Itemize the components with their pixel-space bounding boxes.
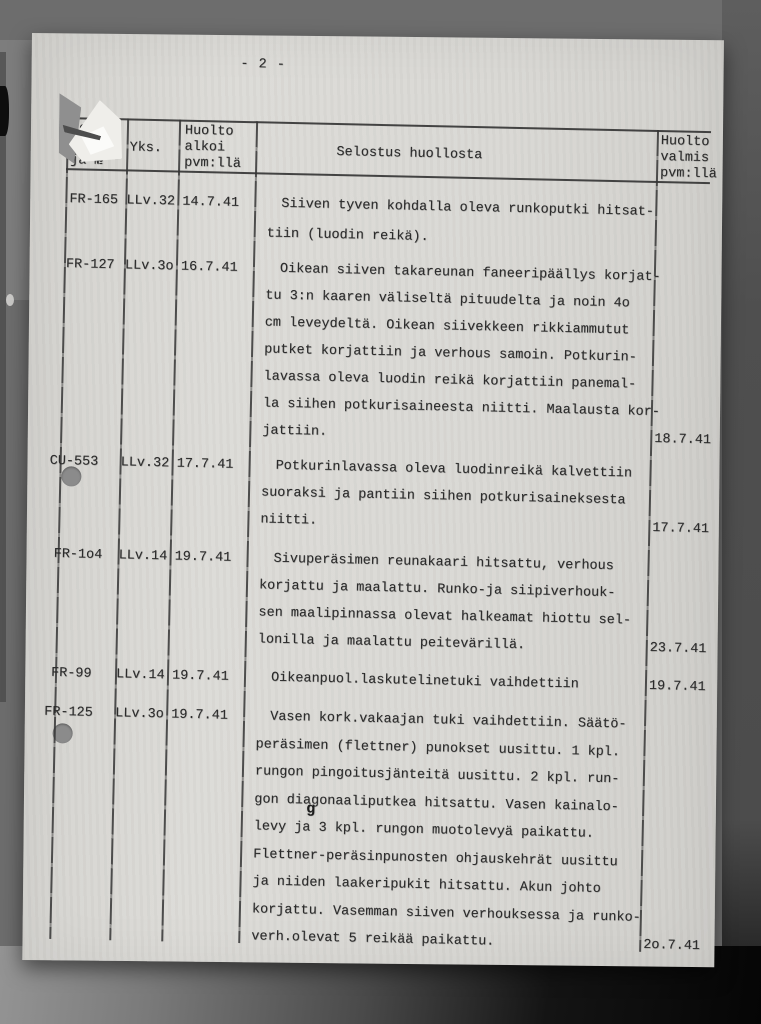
background-right-band	[722, 0, 761, 1024]
unit: LLv.32	[120, 449, 169, 477]
service-description: Oikean siiven takareunan faneeripäällys …	[262, 255, 668, 453]
service-description: Vasen kork.vakaajan tuki vaihdettiin. Sä…	[251, 703, 658, 959]
header-service-completed: Huolto valmis pvm:llä	[660, 134, 718, 183]
unit: LLv.14	[118, 542, 167, 570]
aircraft-id: FR-125	[44, 699, 93, 728]
service-description: Sivuperäsimen reunakaari hitsattu, verho…	[258, 545, 662, 662]
service-complete-date: 2o.7.41	[643, 932, 704, 961]
aircraft-id: FR-99	[51, 660, 92, 688]
service-description: Potkurinlavassa oleva luodinreikä kalvet…	[260, 452, 664, 542]
table-top-rule	[67, 117, 711, 133]
aircraft-id: FR-127	[66, 251, 115, 279]
service-start-date: 19.7.41	[171, 702, 228, 731]
service-complete-date: 19.7.41	[649, 673, 710, 701]
table-header-rule	[66, 168, 710, 184]
maintenance-table: Koneen tyyppi ja № Yks. Huolto alkoi pvm…	[33, 32, 725, 47]
unit: LLv.32	[126, 186, 175, 217]
table-row: FR-125LLv.3o19.7.41Vasen kork.vakaajan t…	[13, 698, 710, 961]
unit: LLv.3o	[125, 252, 174, 280]
service-complete-date: 17.7.41	[652, 515, 713, 543]
scan-background: - 2 - Koneen tyyppi ja № Yks. Huolto alk…	[0, 0, 761, 1024]
background-left-strip	[0, 52, 6, 702]
table-row: FR-1o4LLv.1419.7.41Sivuperäsimen reunaka…	[20, 540, 714, 663]
overtype-correction: g	[306, 800, 315, 817]
unit: LLv.14	[116, 661, 165, 689]
service-description: Oikeanpuol.laskutelinetuki vaihdettiin	[257, 664, 659, 700]
header-service-description: Selostus huollosta	[336, 145, 482, 164]
service-description: Siiven tyven kohdalla oleva runkoputki h…	[266, 189, 669, 258]
service-start-date: 19.7.41	[174, 544, 231, 572]
service-start-date: 17.7.41	[176, 451, 233, 479]
scan-edge-mark	[0, 86, 9, 136]
typed-content: - 2 - Koneen tyyppi ja № Yks. Huolto alk…	[13, 32, 725, 974]
aircraft-id: FR-165	[69, 185, 118, 216]
dust-speck	[6, 294, 14, 306]
table-row: FR-99LLv.1419.7.41Oikeanpuol.laskuteline…	[19, 659, 711, 701]
table-row: CU-553LLv.3217.7.41Potkurinlavassa oleva…	[22, 447, 716, 543]
service-complete-date: 18.7.41	[654, 426, 715, 454]
table-row: FR-127LLv.3o16.7.41Oikean siiven takareu…	[24, 250, 720, 454]
table-row: FR-165LLv.3214.7.41Siiven tyven kohdalla…	[28, 184, 721, 259]
header-unit: Yks.	[129, 140, 162, 157]
header-service-started: Huolto alkoi pvm:llä	[184, 124, 242, 173]
service-start-date: 16.7.41	[181, 254, 238, 282]
aircraft-id: CU-553	[49, 448, 98, 476]
table-rows: FR-165LLv.3214.7.41Siiven tyven kohdalla…	[33, 32, 725, 47]
service-complete-date: 23.7.41	[649, 635, 710, 663]
document-page: - 2 - Koneen tyyppi ja № Yks. Huolto alk…	[22, 33, 724, 967]
unit: LLv.3o	[115, 700, 164, 729]
service-start-date: 19.7.41	[172, 663, 229, 691]
aircraft-id: FR-1o4	[53, 541, 102, 569]
page-number: - 2 -	[240, 56, 286, 75]
service-start-date: 14.7.41	[182, 188, 239, 219]
